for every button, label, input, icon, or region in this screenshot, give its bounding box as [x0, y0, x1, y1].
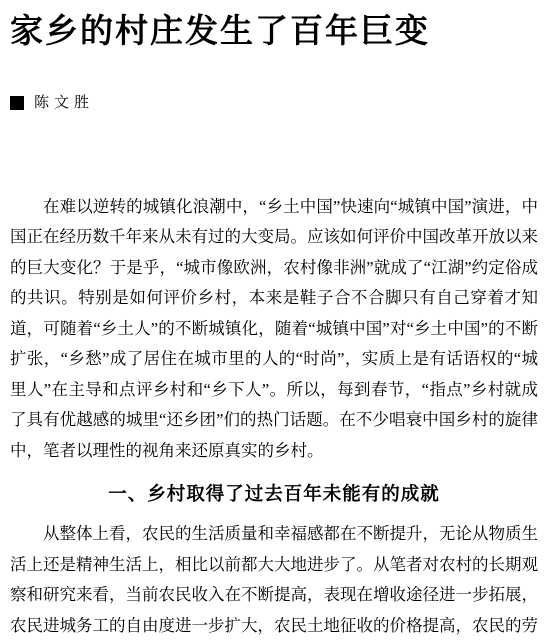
paragraph-section-1: 从整体上看，农民的生活质量和幸福感都在不断提升，无论从物质生活上还是精神生活上，…	[10, 519, 538, 641]
article-page: 家乡的村庄发生了百年巨变 陈文胜 在难以逆转的城镇化浪潮中，“乡土中国”快速向“…	[0, 0, 548, 642]
article-title: 家乡的村庄发生了百年巨变	[10, 10, 538, 53]
section-heading-1: 一、乡村取得了过去百年未能有的成就	[10, 480, 538, 506]
author-line: 陈文胜	[10, 93, 538, 113]
author-name: 陈文胜	[34, 93, 94, 113]
black-square-icon	[10, 96, 24, 110]
paragraph-intro: 在难以逆转的城镇化浪潮中，“乡土中国”快速向“城镇中国”演进，中国正在经历数千年…	[10, 192, 538, 467]
